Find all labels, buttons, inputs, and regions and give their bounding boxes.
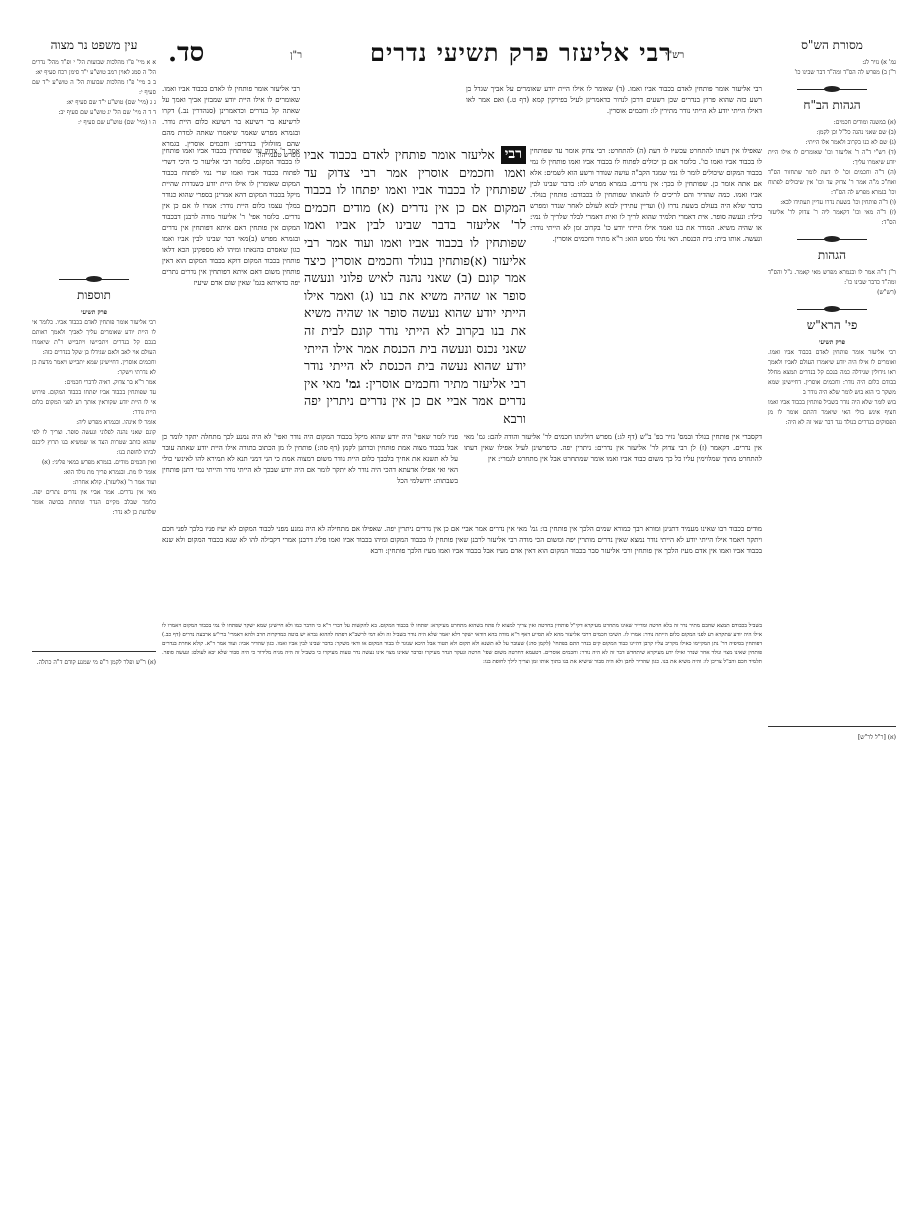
hagahot-bach-title: הגהות הב"ח xyxy=(768,98,896,112)
hagahot-bach-entry: (ה) ד"ה וחכמים וכו' לו דעת לומר שתחזור ה… xyxy=(768,168,896,198)
footnote-left: (א) ר"ש ופלר לקמן ר"פ מי שמנע קודם ד"ה כ… xyxy=(32,645,156,668)
ornament-divider xyxy=(797,236,867,242)
tosafot-entry: רבי אליעזר אומר פותחין לאדם בכבוד אביו. … xyxy=(32,318,156,358)
tosafot-column: תוספות פרק תשיעי רבי אליעזר אומר פותחין … xyxy=(32,268,156,518)
tosafot-entry: אומר לו מת. ובגמרא פריך מת נולד הוא: xyxy=(32,468,156,478)
ein-mishpat-title: עין משפט נר מצוה xyxy=(32,38,156,52)
tosafot-entry: אומר לו אינהו. ובגמרא מפרש ליה: xyxy=(32,418,156,428)
footnote-rule xyxy=(768,726,896,727)
hagahot-bach-entry: (ג) שם לא כנו בקרוב ולאמר אלו הייתי: xyxy=(768,138,896,148)
mishnah-text: אליעזר אומר פותחין לאדם בכבוד אביו ואמו … xyxy=(304,147,526,391)
ein-mishpat-entry: ה ו (מיי' שם) טוש"ע שם סעיף י: xyxy=(32,118,156,128)
rashi-commentary-top: רבי אליעזר אומר פותחין לאדם בכבוד אביו ו… xyxy=(466,84,762,117)
footnote-text: (א) [ר"ל לר"ש] xyxy=(768,733,896,743)
hagahot-bach-entry: (א) במשנה ומודים חכמים: xyxy=(768,118,896,128)
rosh-text-continued: בוש לומר שלא היה נודר בשביל פותחין בכבוד… xyxy=(768,398,896,428)
dibbur-hamatchil: רבי xyxy=(501,146,526,164)
masoret-title: מסורת הש"ס xyxy=(768,38,896,52)
mishnah-text-block: רבי אליעזר אומר פותחין לאדם בכבוד אביו ו… xyxy=(304,146,526,428)
ran-commentary-bottom: מודים בכבוד רבו שאינו מעמיד דתנינן ומורא… xyxy=(162,524,762,557)
ein-mishpat-entry: א א מיי' פ"ו מהלכות שבועות הל' י ופ"ד מה… xyxy=(32,58,156,78)
hagahot-bach-entry: (ב) שם שאני נהגה כל"ל וכן לקמן: xyxy=(768,128,896,138)
hagahot-text: ר"ן ד"ה אמר לו ובגמרא מפרש מאי קאמר. נ"ל… xyxy=(768,268,896,288)
rosh-commentary-bottom: בשביל בכבודם תמצא שחבם מתיר נדר זה בלא ח… xyxy=(162,622,762,667)
ein-mishpat-entry: ד ד ה מיי' שם הל' יג טוש"ע שם סעיף יב: xyxy=(32,108,156,118)
ein-mishpat-entry: ב ב מיי' פ"ו מהלכות שבועות הל' ה טוש"ע י… xyxy=(32,78,156,98)
ran-commentary-lower: פניו לומר שאפי' היה יודע שהוא מיקל בכבוד… xyxy=(162,432,458,487)
ran-commentary-middle: אמר ר' צדוק עד שפותחין בכבוד אביו ואמו פ… xyxy=(162,146,300,289)
rosh-title: פי' הרא"ש xyxy=(768,318,896,332)
page-title: רבי אליעזר פרק תשיעי נדרים xyxy=(370,38,672,68)
ornament-divider xyxy=(59,276,129,282)
tosafot-entry: אמר ר"א בר צדוק. ראיה לדברי חכמים: xyxy=(32,378,156,388)
hagahot-note: (רש"ש) xyxy=(768,288,896,298)
tosafot-entry: מאי אין נדרים. אמר אביי אין נדרים נתרים … xyxy=(32,488,156,518)
hagahot-title: הגהות xyxy=(768,248,896,262)
ornament-divider xyxy=(797,306,867,312)
rosh-chapter: פרק תשיעי xyxy=(768,338,896,348)
tosafot-chapter: פרק תשיעי xyxy=(32,308,156,318)
tosafot-entry: וחכמים אוסרין. דחיישינן שמא יתבייש ויאמר… xyxy=(32,358,156,378)
hagahot-bach-entry: (ז) ד"ה מאי וכו' דקאמר ליה ר' צדוק לר' א… xyxy=(768,208,896,228)
rashi-commentary-lower: דקסברי אין פותחין בנולד ובמס' נזיר בפ' ב… xyxy=(464,432,762,465)
tosafot-entry: עד שפותחין בכבוד אביו יפתחו בכבוד המקום.… xyxy=(32,388,156,418)
hagahot-bach-entry: (ד) רש"י ד"ה ר' אליעזר וכו' שאומרים לו א… xyxy=(768,148,896,168)
rosh-text: רבי אליעזר אומר פותחין לאדם בכבוד אביו ו… xyxy=(768,348,896,398)
tosafot-entry: קונם שאני נהנה לפלוני ונעשה סופר. וצריך … xyxy=(32,428,156,458)
right-margin-column: מסורת הש"ס גמ' א) נזיר לג: ר"ן ב) מפרש ל… xyxy=(768,38,896,428)
ein-mishpat-column: עין משפט נר מצוה א א מיי' פ"ו מהלכות שבו… xyxy=(32,38,156,128)
footnote-text: (א) ר"ש ופלר לקמן ר"פ מי שמנע קודם ד"ה כ… xyxy=(32,658,156,668)
masoret-entry: ר"ן ב) מפרש לה הס"ד ומה"ד דבר שבינו כו' xyxy=(768,68,896,78)
page-header: סד. ר"ן רבי אליעזר פרק תשיעי נדרים רש"י xyxy=(160,38,770,82)
rashi-label: רש"י xyxy=(665,50,684,61)
masoret-entry: גמ' א) נזיר לג: xyxy=(768,58,896,68)
tosafot-title: תוספות xyxy=(32,288,156,302)
rashi-commentary-middle: שאפילו אין דעתו להתחרט עכשיו לו דעת (ה) … xyxy=(530,146,762,245)
footnote-rule xyxy=(32,651,156,652)
ein-mishpat-entry: ג ג (מיי' שם) טוש"ע י"ד שם סעיף יא: xyxy=(32,98,156,108)
page-number: סד. xyxy=(168,38,204,68)
footnote-right: (א) [ר"ל לר"ש] xyxy=(768,720,896,743)
ran-label: ר"ן xyxy=(290,50,302,61)
hagahot-bach-entry: (ו) ד"ה פותחין וכו' בשעת נדרו עדיין תעתי… xyxy=(768,198,896,208)
gemara-label: גמ' xyxy=(345,376,360,391)
ornament-divider xyxy=(797,86,867,92)
talmud-page: סד. ר"ן רבי אליעזר פרק תשיעי נדרים רש"י … xyxy=(0,0,914,1213)
tosafot-entry: ואין חכמים מודים. בגמרא מפרש במאי פליגי:… xyxy=(32,458,156,468)
tosafot-entry: ועוד אמר ר' (אליעזר). קולא אחרת: xyxy=(32,478,156,488)
